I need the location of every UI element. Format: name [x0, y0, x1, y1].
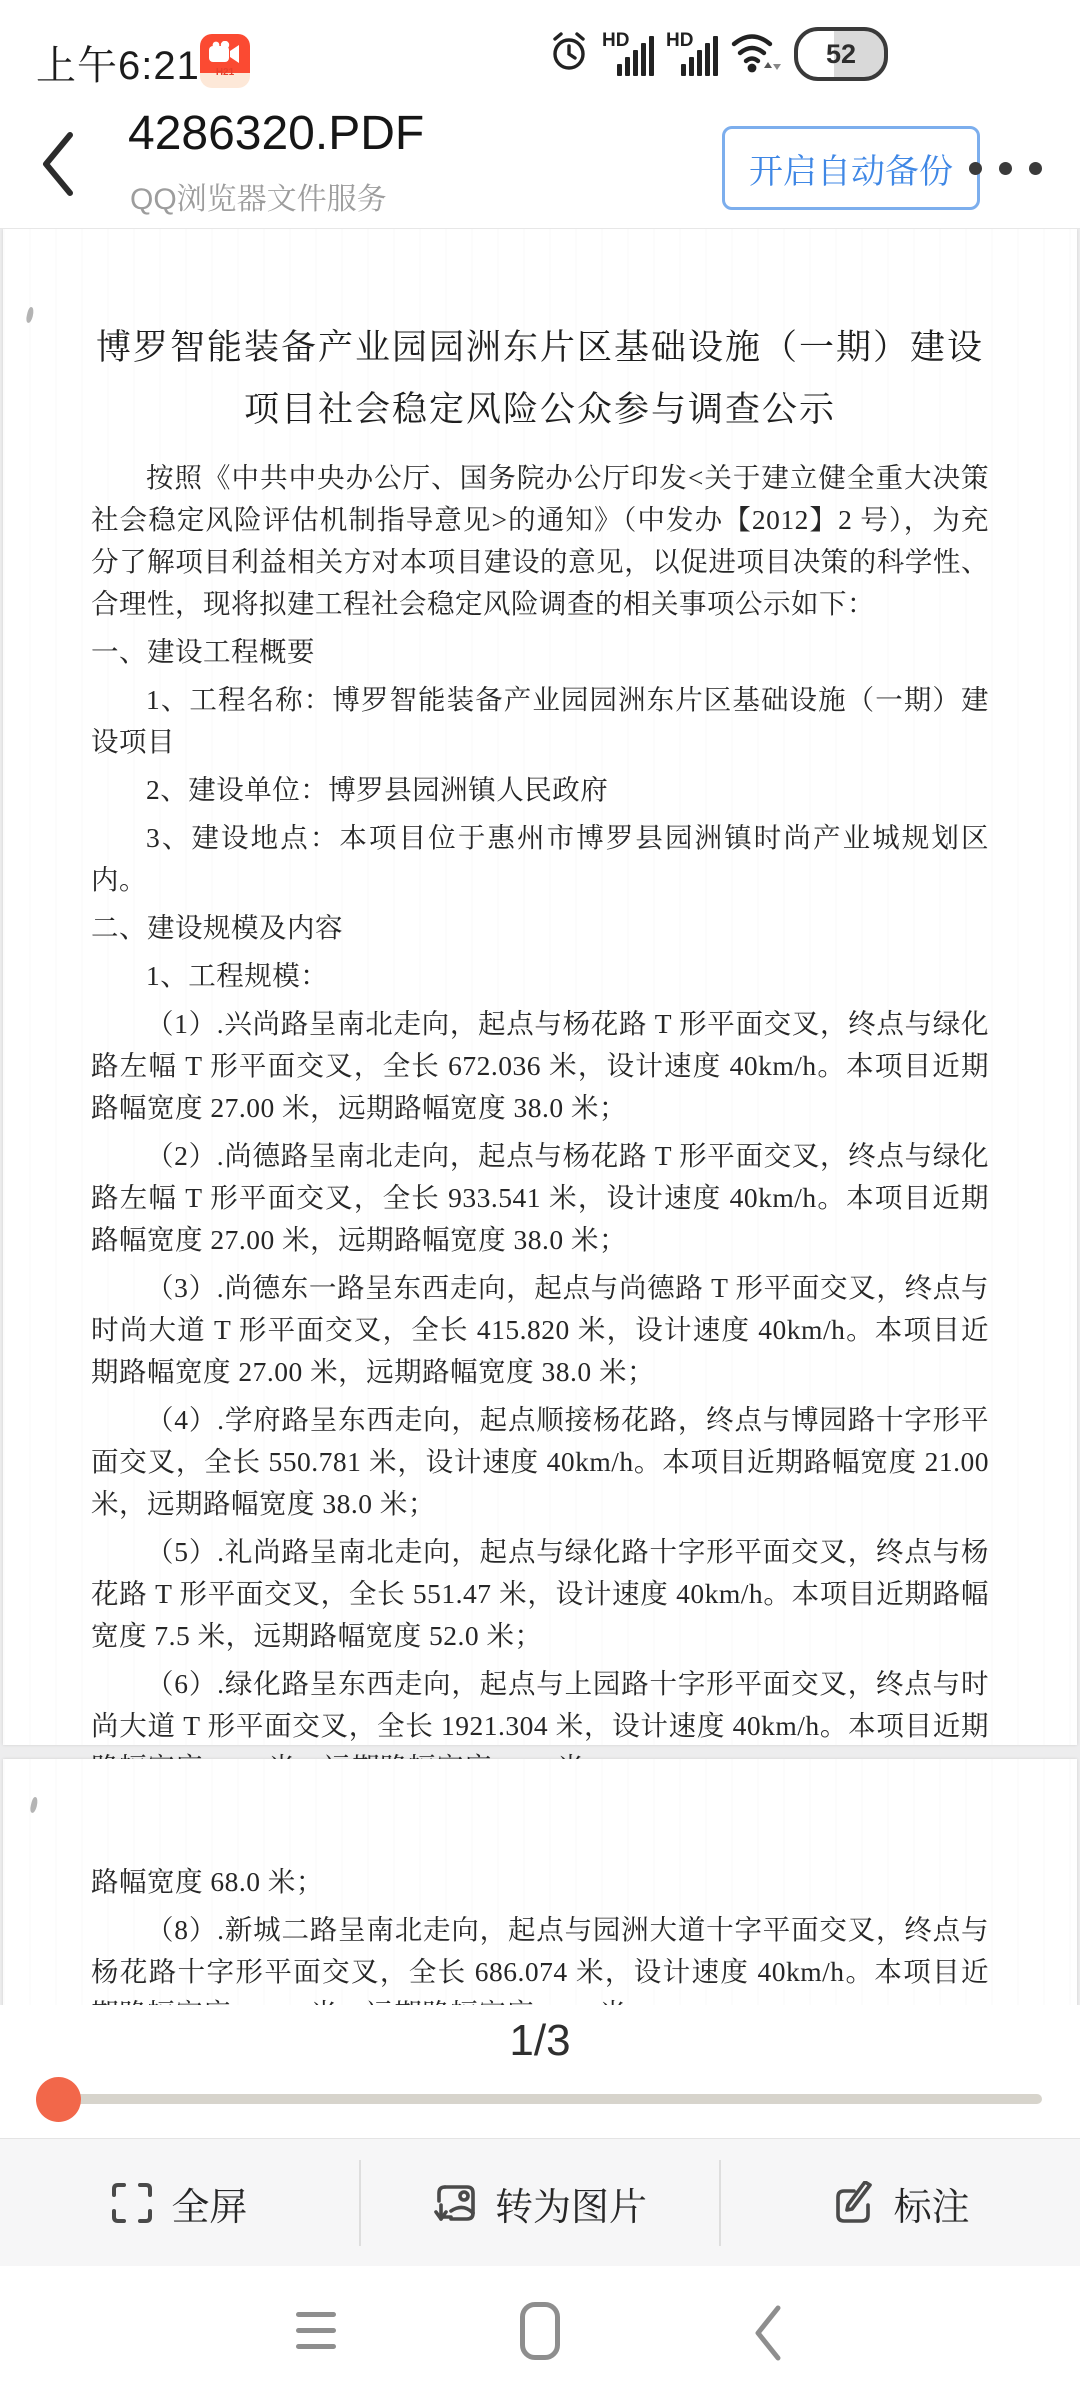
- pdf-viewport[interactable]: 博罗智能装备产业园园洲东片区基础设施（一期）建设项目社会稳定风险公众参与调查公示…: [0, 229, 1080, 2005]
- battery-level: 52: [826, 39, 856, 70]
- doc-paragraph: 路幅宽度 68.0 米；: [91, 1861, 989, 1903]
- header: 4286320.PDF QQ浏览器文件服务 开启自动备份: [0, 100, 1080, 229]
- status-time: 上午6:21: [36, 34, 200, 91]
- doc-paragraph: （4）.学府路呈东西走向，起点顺接杨花路，终点与博园路十字形平面交叉，全长 55…: [91, 1399, 989, 1525]
- page-indicator: 1/3: [0, 2016, 1080, 2066]
- doc-paragraph: （5）.礼尚路呈南北走向，起点与绿化路十字形平面交叉，终点与杨花路 T 形平面交…: [91, 1531, 989, 1657]
- doc-paragraph: 3、建设地点：本项目位于惠州市博罗县园洲镇时尚产业城规划区内。: [91, 817, 989, 901]
- android-navbar: [0, 2266, 1080, 2400]
- three-dots-menu-icon[interactable]: [969, 162, 1042, 175]
- progress-slider-thumb[interactable]: [36, 2077, 81, 2122]
- home-icon[interactable]: [520, 2302, 560, 2360]
- doc-paragraph: （3）.尚德东一路呈东西走向，起点与尚德路 T 形平面交叉，终点与时尚大道 T …: [91, 1267, 989, 1393]
- fullscreen-label: 全屏: [171, 2176, 247, 2231]
- status-bar: 上午6:21 H21: [0, 0, 1080, 100]
- fullscreen-button[interactable]: 全屏: [0, 2176, 359, 2231]
- file-subtitle: QQ浏览器文件服务: [130, 174, 387, 218]
- signal-bars-icon-2: HD: [666, 30, 718, 78]
- doc-paragraph: （2）.尚德路呈南北走向，起点与杨花路 T 形平面交叉，终点与绿化路左幅 T 形…: [91, 1135, 989, 1261]
- battery-icon: 52: [794, 27, 888, 81]
- pdf-page-2: 路幅宽度 68.0 米； （8）.新城二路呈南北走向，起点与园洲大道十字平面交叉…: [3, 1759, 1077, 2005]
- fullscreen-icon: [111, 2182, 153, 2224]
- doc-section-heading: 二、建设规模及内容: [91, 907, 989, 949]
- app-icon-badge-text: H21: [216, 67, 234, 79]
- auto-backup-button[interactable]: 开启自动备份: [722, 126, 980, 210]
- doc-paragraph: 1、工程名称：博罗智能装备产业园园洲东片区基础设施（一期）建设项目: [91, 679, 989, 763]
- doc-paragraph: 2、建设单位：博罗县园洲镇人民政府: [91, 769, 989, 811]
- video-camera-red-icon: H21: [200, 34, 250, 88]
- scan-artifact: [25, 307, 35, 324]
- pdf-page-1: 博罗智能装备产业园园洲东片区基础设施（一期）建设项目社会稳定风险公众参与调查公示…: [3, 229, 1077, 1745]
- wifi-icon: [730, 28, 782, 81]
- doc-paragraph: 按照《中共中央办公厅、国务院办公厅印发<关于建立健全重大决策社会稳定风险评估机制…: [91, 457, 989, 625]
- convert-to-image-button[interactable]: 转为图片: [361, 2176, 720, 2231]
- recents-icon[interactable]: [296, 2312, 336, 2349]
- screen: 上午6:21 H21: [0, 0, 1080, 2400]
- annotate-label: 标注: [894, 2176, 970, 2231]
- bottom-toolbar: 全屏 转为图片: [0, 2138, 1080, 2267]
- annotate-button[interactable]: 标注: [721, 2176, 1080, 2231]
- document-title: 博罗智能装备产业园园洲东片区基础设施（一期）建设项目社会稳定风险公众参与调查公示: [91, 317, 989, 441]
- convert-to-image-label: 转为图片: [495, 2176, 647, 2231]
- file-title: 4286320.PDF: [128, 106, 424, 161]
- back-icon[interactable]: [752, 2304, 782, 2367]
- convert-to-image-icon: [433, 2181, 477, 2225]
- progress-slider-track[interactable]: [40, 2094, 1042, 2104]
- doc-paragraph: 1、工程规模：: [91, 955, 989, 997]
- doc-paragraph: （1）.兴尚路呈南北走向，起点与杨花路 T 形平面交叉，终点与绿化路左幅 T 形…: [91, 1003, 989, 1129]
- scan-artifact: [29, 1797, 39, 1814]
- alarm-clock-icon: [548, 30, 590, 79]
- signal-bars-icon-1: HD: [602, 30, 654, 78]
- status-icons: HD HD 52: [548, 28, 888, 80]
- back-chevron-icon[interactable]: [34, 124, 82, 204]
- annotate-icon: [832, 2181, 876, 2225]
- doc-paragraph: （8）.新城二路呈南北走向，起点与园洲大道十字平面交叉，终点与杨花路十字形平面交…: [91, 1909, 989, 2005]
- doc-section-heading: 一、建设工程概要: [91, 631, 989, 673]
